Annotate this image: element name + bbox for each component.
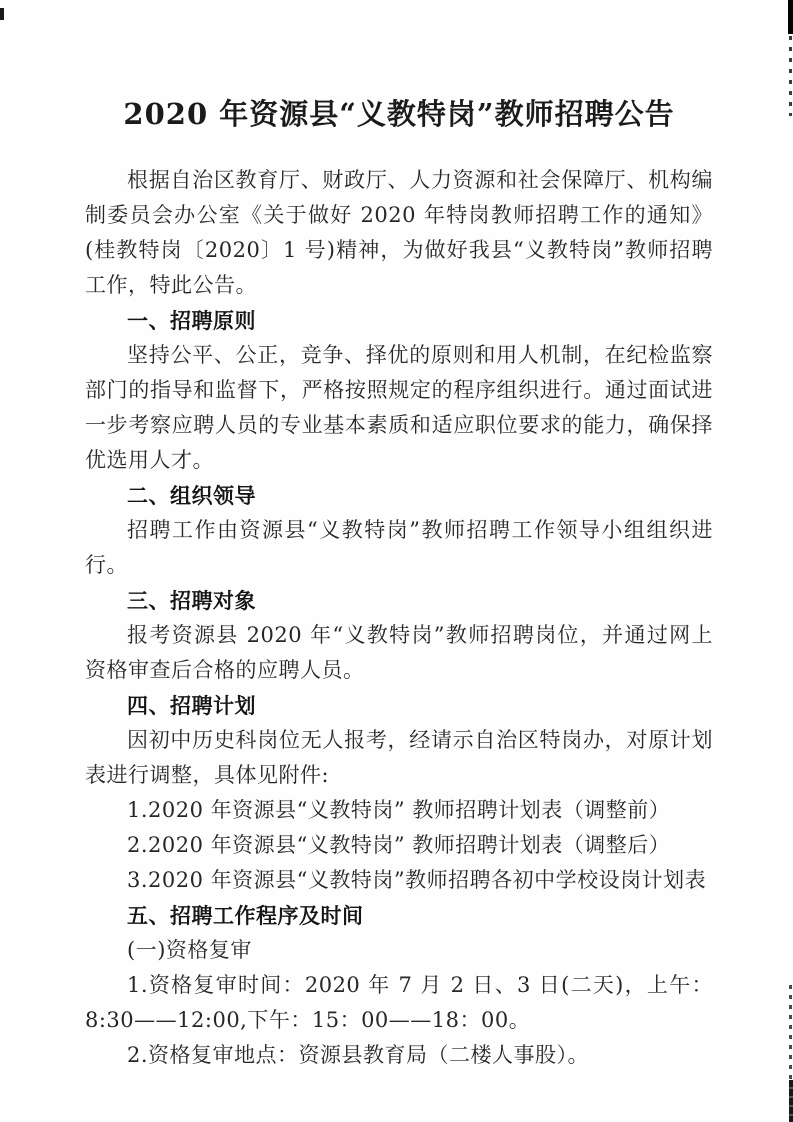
para-principles: 坚持公平、公正，竞争、择优的原则和用人机制，在纪检监察部门的指导和监督下，严格按… xyxy=(85,338,713,478)
heading-section-3-targets: 三、招聘对象 xyxy=(85,583,713,618)
scan-dashes-bottom-right xyxy=(789,985,792,1080)
para-basis: 根据自治区教育厅、财政厅、人力资源和社会保障厅、机构编制委员会办公室《关于做好 … xyxy=(85,163,713,303)
subheading-qualification-review: (一)资格复审 xyxy=(85,933,713,968)
scan-mark-top-left xyxy=(0,8,4,20)
document-content: 2020 年资源县“义教特岗”教师招聘公告 根据自治区教育厅、财政厅、人力资源和… xyxy=(85,92,713,1073)
scan-dashes-top-right xyxy=(789,36,792,116)
para-targets: 报考资源县 2020 年“义教特岗”教师招聘岗位，并通过网上资格审查后合格的应聘… xyxy=(85,618,713,688)
heading-section-1-principles: 一、招聘原则 xyxy=(85,303,713,338)
para-leadership: 招聘工作由资源县“义教特岗”教师招聘工作领导小组组织进行。 xyxy=(85,513,713,583)
scan-mark-top-right xyxy=(788,0,793,34)
scan-mark-bottom-right xyxy=(789,1080,793,1122)
heading-section-2-leadership: 二、组织领导 xyxy=(85,478,713,513)
heading-section-4-plan: 四、招聘计划 xyxy=(85,688,713,723)
para-plan-adjustment: 因初中历史科岗位无人报考，经请示自治区特岗办，对原计划表进行调整，具体见附件: xyxy=(85,723,713,793)
heading-section-5-procedure: 五、招聘工作程序及时间 xyxy=(85,898,713,933)
list-item-attachment-3: 3.2020 年资源县“义教特岗”教师招聘各初中学校设岗计划表 xyxy=(85,863,713,898)
list-item-review-time: 1.资格复审时间：2020 年 7 月 2 日、3 日(二天)，上午：8:30—… xyxy=(85,968,713,1038)
document-title: 2020 年资源县“义教特岗”教师招聘公告 xyxy=(85,92,713,133)
list-item-review-location: 2.资格复审地点：资源县教育局（二楼人事股）。 xyxy=(85,1038,713,1073)
list-item-attachment-2: 2.2020 年资源县“义教特岗” 教师招聘计划表（调整后） xyxy=(85,828,713,863)
document-page: 2020 年资源县“义教特岗”教师招聘公告 根据自治区教育厅、财政厅、人力资源和… xyxy=(0,0,793,1122)
list-item-attachment-1: 1.2020 年资源县“义教特岗” 教师招聘计划表（调整前） xyxy=(85,793,713,828)
